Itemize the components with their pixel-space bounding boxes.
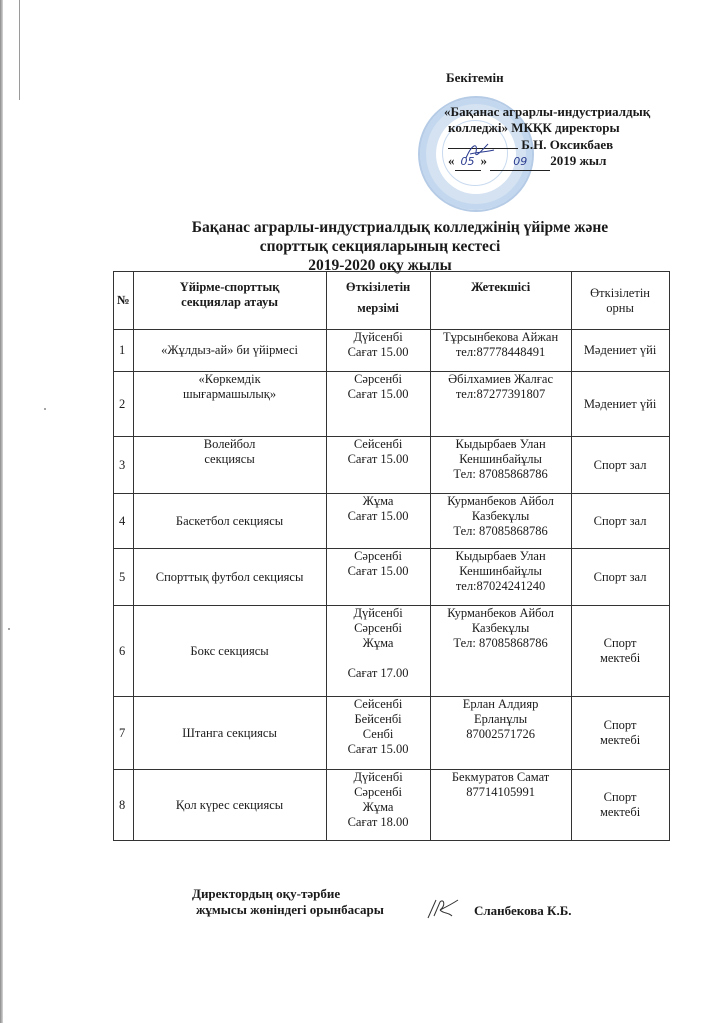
- date-month: 09: [490, 154, 550, 171]
- approval-heading: Бекітемін: [446, 70, 704, 86]
- schedule-time: СейсенбіСағат 15.00: [326, 437, 430, 494]
- footer-position: Директордың оқу-тәрбие жұмысы жөніндегі …: [192, 886, 384, 918]
- title-line2: спорттық секцияларының кестесі: [130, 237, 630, 256]
- deputy-signature-icon: [422, 896, 462, 922]
- row-number: 5: [114, 549, 134, 606]
- row-number: 2: [114, 372, 134, 437]
- table-row: 8Қол күрес секциясыДүйсенбіСәрсенбіЖұмаС…: [114, 770, 670, 841]
- header-place: Өткізілетінорны: [571, 272, 669, 330]
- table-row: 6Бокс секциясыДүйсенбіСәрсенбіЖұма Сағат…: [114, 606, 670, 697]
- scan-speck: [8, 628, 10, 630]
- scan-artifact-line: [19, 0, 20, 100]
- schedule-time: СәрсенбіСағат 15.00: [326, 549, 430, 606]
- section-name: «Жұлдыз-ай» би үйірмесі: [133, 330, 326, 372]
- table-row: 3ВолейболсекциясыСейсенбіСағат 15.00Кыды…: [114, 437, 670, 494]
- approval-org-line2: колледжі» МКҚК директоры: [448, 120, 704, 136]
- venue: Спорт зал: [571, 437, 669, 494]
- header-num: №: [114, 272, 134, 330]
- row-number: 3: [114, 437, 134, 494]
- venue: Спортмектебі: [571, 697, 669, 770]
- section-name: Бокс секциясы: [133, 606, 326, 697]
- table-row: 7Штанга секциясыСейсенбіБейсенбіСенбіСағ…: [114, 697, 670, 770]
- venue: Спорт зал: [571, 494, 669, 549]
- header-section-name: Үйірме-спорттықсекциялар атауы: [133, 272, 326, 330]
- table-header-row: № Үйірме-спорттықсекциялар атауы Өткізіл…: [114, 272, 670, 330]
- venue: Спорт зал: [571, 549, 669, 606]
- section-name: Қол күрес секциясы: [133, 770, 326, 841]
- director-name: Б.Н. Оксикбаев: [521, 137, 613, 152]
- venue: Спортмектебі: [571, 606, 669, 697]
- header-leader: Жетекшісі: [430, 272, 571, 330]
- section-name: «Көркемдікшығармашылық»: [133, 372, 326, 437]
- scan-speck: [44, 408, 46, 410]
- schedule-time: ДүйсенбіСәрсенбіЖұма Сағат 17.00: [326, 606, 430, 697]
- header-time: Өткізілетінмерзімі: [326, 272, 430, 330]
- table-row: 4Баскетбол секциясыЖұмаСағат 15.00Курман…: [114, 494, 670, 549]
- date-year: 2019 жыл: [550, 153, 606, 168]
- approval-date-line: «05» 092019 жыл: [448, 153, 704, 171]
- footer-position-line1: Директордың оқу-тәрбие: [192, 886, 384, 902]
- row-number: 8: [114, 770, 134, 841]
- row-number: 6: [114, 606, 134, 697]
- leader-contact: Кыдырбаев УланКеншинбайұлытел:8702424124…: [430, 549, 571, 606]
- section-name: Баскетбол секциясы: [133, 494, 326, 549]
- approval-director-line: Б.Н. Оксикбаев: [448, 136, 704, 153]
- schedule-time: ЖұмаСағат 15.00: [326, 494, 430, 549]
- row-number: 1: [114, 330, 134, 372]
- table-row: 2«Көркемдікшығармашылық»СәрсенбіСағат 15…: [114, 372, 670, 437]
- section-name: Волейболсекциясы: [133, 437, 326, 494]
- section-name: Штанга секциясы: [133, 697, 326, 770]
- venue: Мәдениет үйі: [571, 372, 669, 437]
- table-row: 5Спорттық футбол секциясыСәрсенбіСағат 1…: [114, 549, 670, 606]
- leader-contact: Тұрсынбекова Айжантел:87778448491: [430, 330, 571, 372]
- leader-contact: Ерлан АлдиярЕрланұлы87002571726: [430, 697, 571, 770]
- row-number: 4: [114, 494, 134, 549]
- leader-contact: Кыдырбаев УланКеншинбайұлыТел: 870858687…: [430, 437, 571, 494]
- schedule-table: № Үйірме-спорттықсекциялар атауы Өткізіл…: [113, 271, 670, 841]
- title-line1: Бақанас аграрлы-индустриалдық колледжіні…: [170, 218, 630, 237]
- leader-contact: Бекмуратов Самат87714105991: [430, 770, 571, 841]
- venue: Спортмектебі: [571, 770, 669, 841]
- row-number: 7: [114, 697, 134, 770]
- approval-org-line1: «Бақанас аграрлы-индустриалдық: [444, 104, 704, 120]
- signer-name: Сланбекова К.Б.: [474, 903, 572, 919]
- schedule-time: СейсенбіБейсенбіСенбіСағат 15.00: [326, 697, 430, 770]
- date-close-quote: »: [481, 153, 488, 168]
- footer-position-line2: жұмысы жөніндегі орынбасары: [196, 902, 384, 918]
- section-name: Спорттық футбол секциясы: [133, 549, 326, 606]
- signature-line: [448, 136, 518, 149]
- leader-contact: Әбілхамиев Жалғастел:87277391807: [430, 372, 571, 437]
- venue: Мәдениет үйі: [571, 330, 669, 372]
- approval-block: Бекітемін «Бақанас аграрлы-индустриалдық…: [444, 70, 704, 171]
- schedule-time: ДүйсенбіСағат 15.00: [326, 330, 430, 372]
- leader-contact: Курманбеков АйболКазбекұлыТел: 870858687…: [430, 494, 571, 549]
- document-title: Бақанас аграрлы-индустриалдық колледжіні…: [130, 218, 630, 275]
- schedule-time: ДүйсенбіСәрсенбіЖұмаСағат 18.00: [326, 770, 430, 841]
- table-row: 1«Жұлдыз-ай» би үйірмесіДүйсенбіСағат 15…: [114, 330, 670, 372]
- scan-edge: [0, 0, 3, 1023]
- leader-contact: Курманбеков АйболКазбекұлыТел: 870858687…: [430, 606, 571, 697]
- schedule-time: СәрсенбіСағат 15.00: [326, 372, 430, 437]
- date-day: 05: [455, 154, 481, 171]
- schedule-table-body: 1«Жұлдыз-ай» би үйірмесіДүйсенбіСағат 15…: [114, 330, 670, 841]
